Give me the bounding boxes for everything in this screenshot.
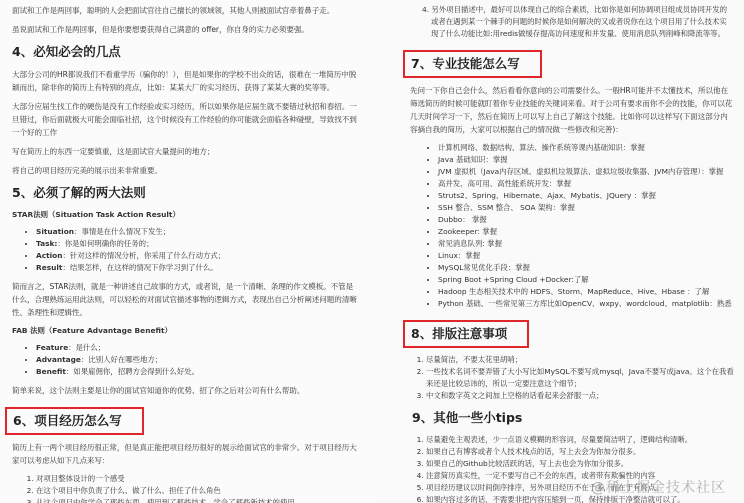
list-item: 常见消息队列: 掌握 xyxy=(438,238,734,250)
intro-paragraph-1: 面试和工作是两回事，聪明的人会把面试官往自己擅长的领域领，其他人则被面试官牵着鼻… xyxy=(12,4,360,17)
layout-tips-list: 尽量简洁，不要太花里胡哨； 一些技术名词不要弄错了大小写比如MySQL不要写成m… xyxy=(412,354,734,402)
list-item: SSH 整合、SSM 整合、 SOA 架构：掌握 xyxy=(438,202,734,214)
list-item: MySQL常见优化手段：掌握 xyxy=(438,262,734,274)
intro-paragraph-2: 虽说面试和工作是两回事，但是你要想要获得自己满意的 offer，你自身的实力必须… xyxy=(12,23,360,36)
list-item: 计算机网络、数据结构、算法、操作系统等课内基础知识：掌握 xyxy=(438,142,734,154)
list-item: JVM 虚拟机（Java内存区域、虚拟机垃圾算法、虚拟垃圾收集器、JVM内存管理… xyxy=(438,166,734,178)
section-4-title: 4、必知必会的几点 xyxy=(12,42,360,62)
star-rule-title: STAR法则（Situation Task Action Result） xyxy=(12,209,360,221)
list-item: 在这个项目中你负责了什么、做了什么、担任了什么角色 xyxy=(36,485,360,497)
skills-list: 计算机网络、数据结构、算法、操作系统等课内基础知识：掌握 Java 基础知识：掌… xyxy=(412,142,734,310)
fab-summary: 简单来说，这个法则主要是让你的面试官知道你的优势、招了你之后对公司有什么帮助。 xyxy=(12,384,360,397)
list-item: Hadoop 生态相关技术中的 HDFS、Storm、MapReduce、Hiv… xyxy=(438,286,734,298)
list-item: Struts2、Spring、Hibernate、Ajax、Mybatis、JQ… xyxy=(438,190,734,202)
list-item: Zookeeper: 掌握 xyxy=(438,226,734,238)
section-6-title-highlighted: 6、项目经历怎么写 xyxy=(5,407,144,435)
list-item: Dubbo： 掌握 xyxy=(438,214,734,226)
list-item: Action：针对这样的情况分析，你采用了什么行动方式； xyxy=(36,250,360,262)
project-experience-list: 对项目整体设计的一个感受 在这个项目中你负责了什么、做了什么、担任了什么角色 从… xyxy=(12,473,360,503)
project-experience-list-continued: 4. 另外项目描述中，最好可以体现自己的综合素质，比如你是如何协调项目组成员协同… xyxy=(412,4,734,40)
section-7-title-highlighted: 7、专业技能怎么写 xyxy=(403,50,542,78)
list-item: Spring Boot +Spring Cloud +Docker:了解 xyxy=(438,274,734,286)
list-item: Situation：事情是在什么情况下发生； xyxy=(36,226,360,238)
list-item: 如果自己的Github比较活跃的话，写上去也会为你加分很多。 xyxy=(426,458,734,470)
list-item: 4. 另外项目描述中，最好可以体现自己的综合素质，比如你是如何协调项目组成员协同… xyxy=(422,4,734,40)
list-item: 从这个项目中你学会了那些东西，使用到了那些技术，学会了那些新技术的使用 xyxy=(36,497,360,503)
fab-rule-list: Feature：是什么； Advantage：比别人好在哪些地方； Benefi… xyxy=(12,342,360,378)
list-item: Java 基础知识：掌握 xyxy=(438,154,734,166)
list-item: Python 基础、一些常见第三方库比如OpenCV、wxpy、wordclou… xyxy=(438,298,734,310)
left-column: 面试和工作是两回事，聪明的人会把面试官往自己擅长的领域领，其他人则被面试官牵着鼻… xyxy=(0,0,372,503)
watermark: @稀土掘金技术社区 xyxy=(591,477,726,497)
right-column: 4. 另外项目描述中，最好可以体现自己的综合素质，比如你是如何协调项目组成员协同… xyxy=(372,0,744,503)
list-item: 中文和数字英文之间加上空格的话看起来会舒服一点； xyxy=(426,390,734,402)
list-item: 对项目整体设计的一个感受 xyxy=(36,473,360,485)
list-item: Feature：是什么； xyxy=(36,342,360,354)
list-item: Task:：你是如何明确你的任务的； xyxy=(36,238,360,250)
list-item: 如果自己有博客或者个人技术栈点的话，写上去会为你加分很多。 xyxy=(426,446,734,458)
section-9-title: 9、其他一些小tips xyxy=(412,408,734,428)
star-rule-list: Situation：事情是在什么情况下发生； Task:：你是如何明确你的任务的… xyxy=(12,226,360,274)
section-5-title: 5、必须了解的两大法则 xyxy=(12,183,360,203)
list-item: 尽量避免主观表述，少一点语义模糊的形容词，尽量要简洁明了，逻辑结构清晰。 xyxy=(426,434,734,446)
list-item: 尽量简洁，不要太花里胡哨； xyxy=(426,354,734,366)
list-item: Linux：掌握 xyxy=(438,250,734,262)
section-4-paragraph: 大部分公司的HR都说我们不看重学历（骗你的！），但是如果你的学校不出众的话，很难… xyxy=(12,68,360,94)
list-item: Advantage：比别人好在哪些地方； xyxy=(36,354,360,366)
list-item: 高并发、高可用、高性能系统开发：掌握 xyxy=(438,178,734,190)
section-6-intro: 简历上有一两个项目经历很正常，但是真正能把项目经历很好的展示给面试官的非常少。对… xyxy=(12,441,360,467)
list-item: 一些技术名词不要弄错了大小写比如MySQL不要写成mysql，Java不要写成j… xyxy=(426,366,734,390)
section-8-title-highlighted: 8、排版注意事项 xyxy=(403,320,529,348)
list-item: Benefit：如果雇佣你，招聘方会得到什么好处。 xyxy=(36,366,360,378)
section-4-paragraph: 写在简历上的东西一定要慎重，这是面试官大量提问的地方； xyxy=(12,145,360,158)
section-4-paragraph: 大部分应届生找工作的硬伤是没有工作经验或实习经历，所以如果你是应届生就不要错过秋… xyxy=(12,100,360,139)
fab-rule-title: FAB 法则（Feature Advantage Benefit） xyxy=(12,325,360,337)
star-summary: 简而言之，STAR法则，就是一种讲述自己故事的方式，或者说，是一个清晰、条理的作… xyxy=(12,280,360,319)
section-4-paragraph: 将自己的项目经历完美的展示出来非常重要。 xyxy=(12,164,360,177)
section-7-intro: 先问一下你自己会什么，然后看看你意向的公司需要什么。一般HR可能并不太懂技术，所… xyxy=(410,84,734,136)
list-item: Result：结果怎样，在这样的情况下你学习到了什么。 xyxy=(36,262,360,274)
